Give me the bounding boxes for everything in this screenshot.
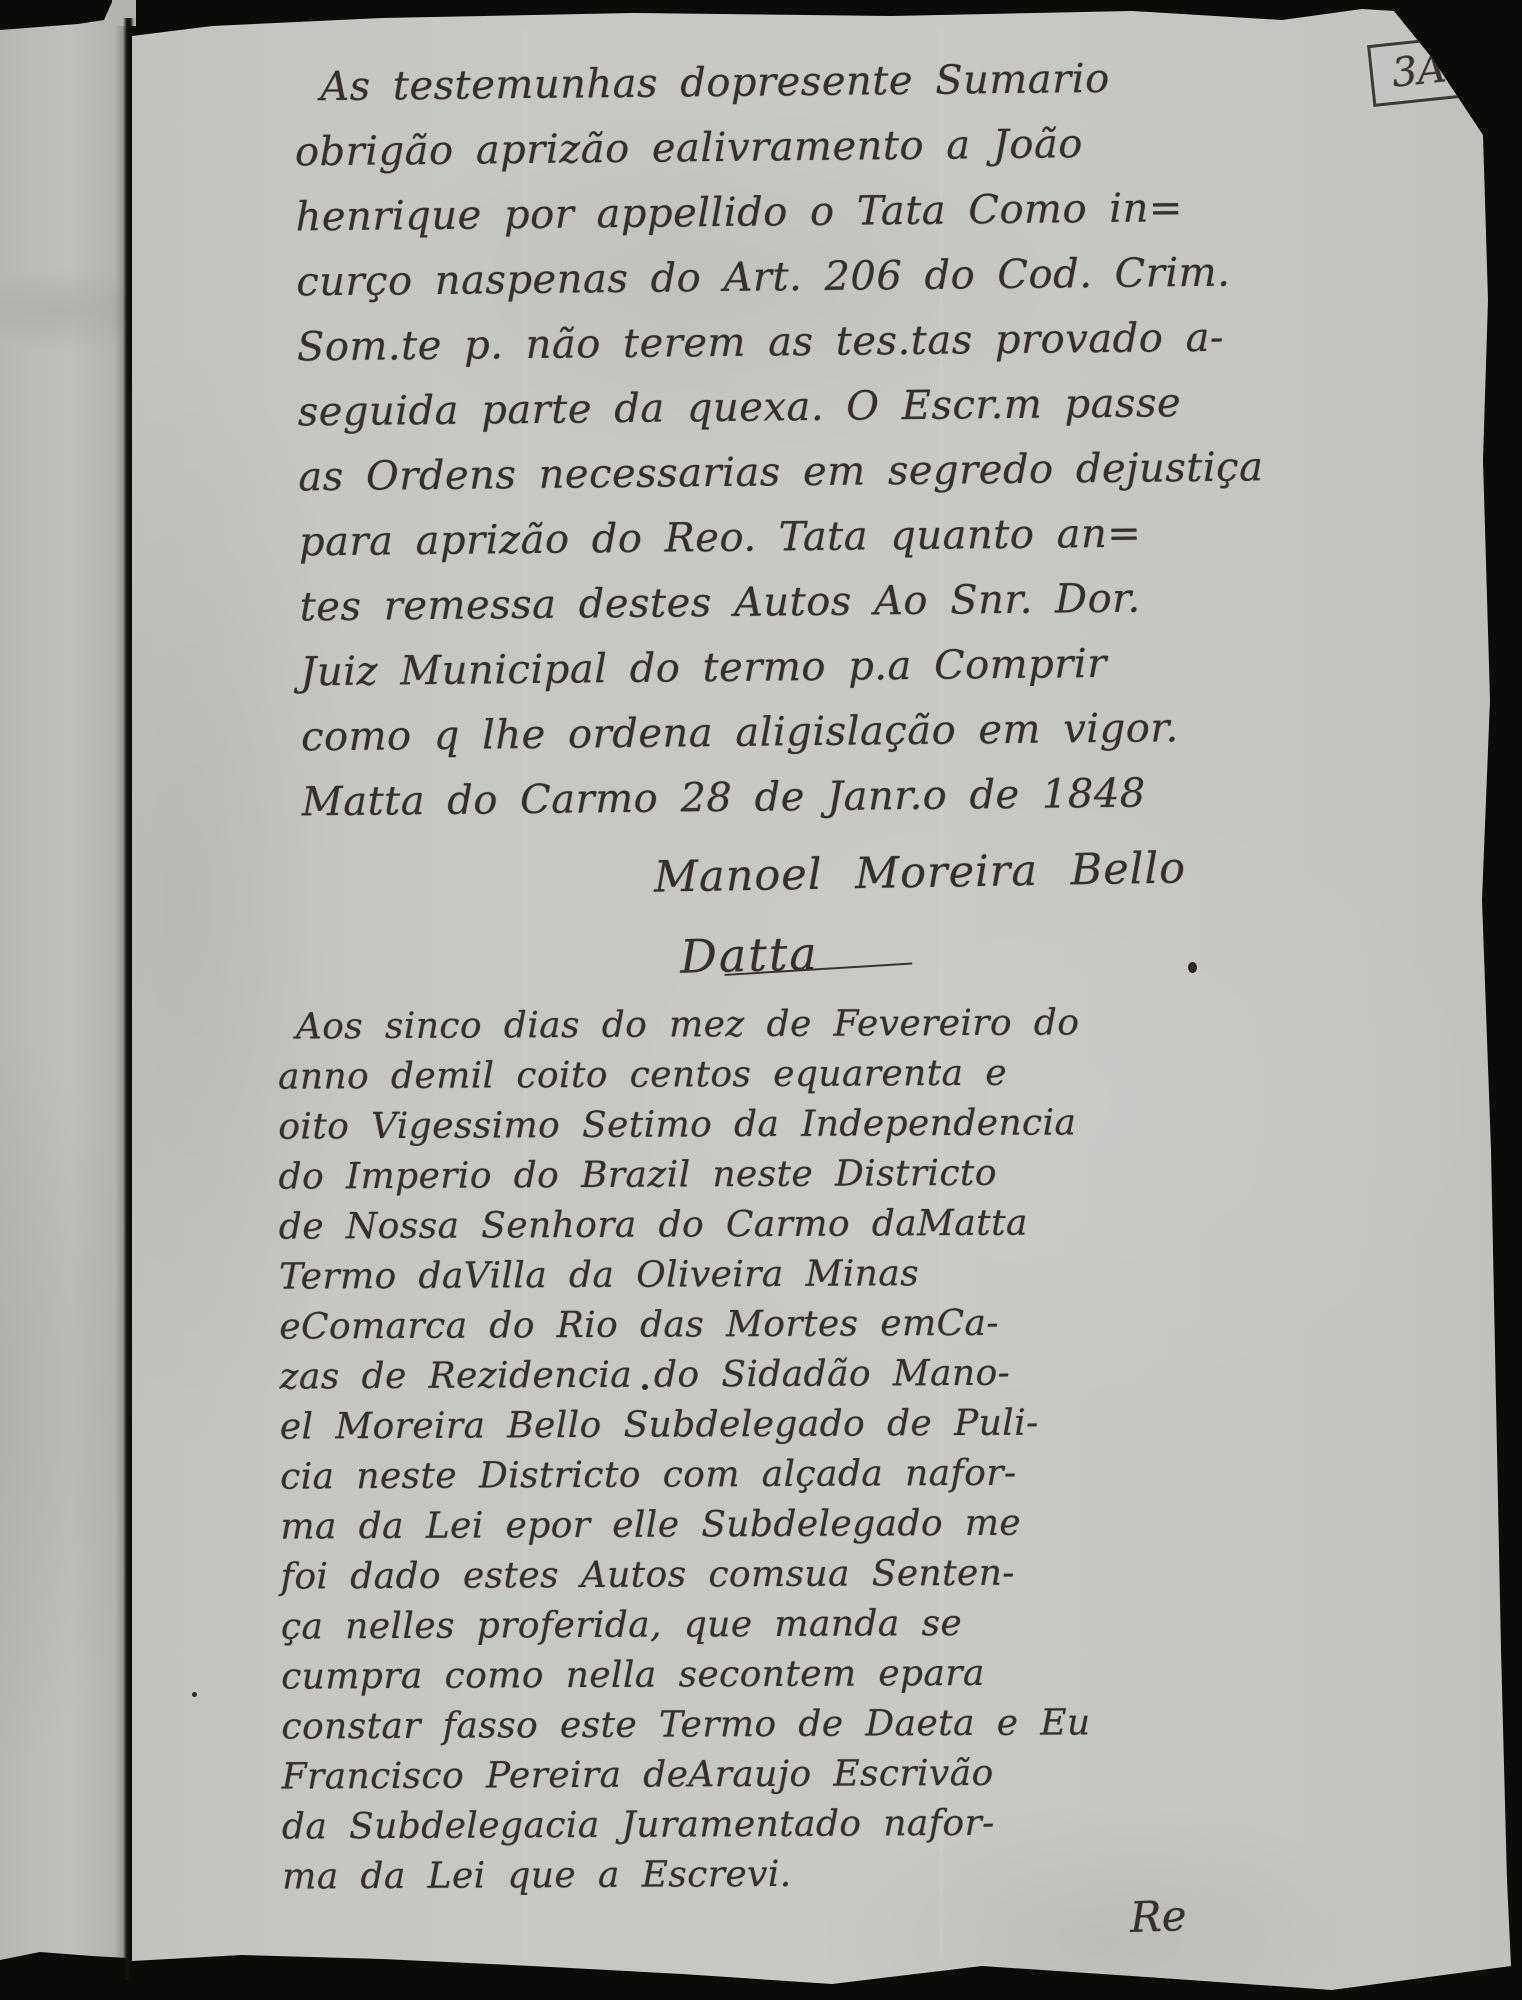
manuscript-line: el Moreira Bello Subdelegado de Puli-: [280, 1397, 1260, 1452]
manuscript-line: eComarca do Rio das Mortes emCa-: [279, 1297, 1259, 1352]
manuscript-line: Termo daVilla da Oliveira Minas: [279, 1247, 1259, 1302]
manuscript-line: curço naspenas do Art. 206 do Cod. Crim.: [296, 240, 1327, 316]
manuscript-line: As testemunhas dopresente Sumario: [294, 45, 1325, 121]
manuscript-line: anno demil coito centos equarenta e: [278, 1047, 1258, 1102]
manuscript-line: cumpra como nella secontem epara: [281, 1647, 1261, 1702]
manuscript-line: Matta do Carmo 28 de Janr.o de 1848: [301, 760, 1332, 836]
manuscript-line: foi dado estes Autos comsua Senten-: [281, 1547, 1261, 1602]
page-number: 3A: [1390, 45, 1449, 96]
paragraph-sentence: As testemunhas dopresente Sumario obrigã…: [294, 45, 1332, 836]
scanned-manuscript-screenshot: { "scan": { "background_color": "#0b0b09…: [0, 0, 1522, 2000]
manuscript-line: henrique por appellido o Tata Como in=: [295, 175, 1326, 251]
paragraph-datta: Aos sinco dias do mez de Fevereiro do an…: [278, 997, 1263, 1902]
manuscript-line: seguida parte da quexa. O Escr.m passe: [297, 370, 1328, 446]
manuscript-line: cia neste Districto com alçada nafor-: [280, 1447, 1260, 1502]
manuscript-line: obrigão aprizão ealivramento a João: [295, 110, 1326, 186]
manuscript-line: zas de Rezidencia do Sidadão Mano-: [279, 1347, 1259, 1402]
ink-speck: [642, 1384, 648, 1390]
facing-page-edge: [0, 0, 127, 2000]
manuscript-line: oito Vigessimo Setimo da Independencia: [278, 1097, 1258, 1152]
ink-speck: [192, 1692, 197, 1697]
ink-speck: [1188, 962, 1197, 973]
manuscript-line: do Imperio do Brazil neste Districto: [278, 1147, 1258, 1202]
manuscript-line: Francisco Pereira deAraujo Escrivão: [282, 1747, 1262, 1802]
signature-line: Manoel Moreira Bello: [654, 843, 1187, 902]
manuscript-line: as Ordens necessarias em segredo dejusti…: [298, 435, 1329, 511]
manuscript-line: Aos sinco dias do mez de Fevereiro do: [278, 997, 1258, 1052]
manuscript-line: para aprizão do Reo. Tata quanto an=: [299, 500, 1330, 576]
catchword: Re: [1129, 1891, 1187, 1942]
manuscript-line: como q lhe ordena aligislação em vigor.: [301, 695, 1332, 771]
section-heading: Datta: [679, 926, 819, 984]
manuscript-line: constar fasso este Termo de Daeta e Eu: [281, 1697, 1261, 1752]
manuscript-line: tes remessa destes Autos Ao Snr. Dor.: [299, 565, 1330, 641]
manuscript-line: de Nossa Senhora do Carmo daMatta: [279, 1197, 1259, 1252]
manuscript-line: ma da Lei epor elle Subdelegado me: [280, 1497, 1260, 1552]
manuscript-line: Juiz Municipal do termo p.a Comprir: [300, 630, 1331, 706]
manuscript-page: 3A As testemunhas dopresente Sumario obr…: [132, 0, 1522, 2000]
page-number-box: 3A: [1367, 35, 1471, 107]
manuscript-line: ma da Lei que a Escrevi.: [282, 1847, 1262, 1902]
manuscript-line: da Subdelegacia Juramentado nafor-: [282, 1797, 1262, 1852]
manuscript-line: ça nelles proferida, que manda se: [281, 1597, 1261, 1652]
manuscript-line: Som.te p. não terem as tes.tas provado a…: [297, 305, 1328, 381]
